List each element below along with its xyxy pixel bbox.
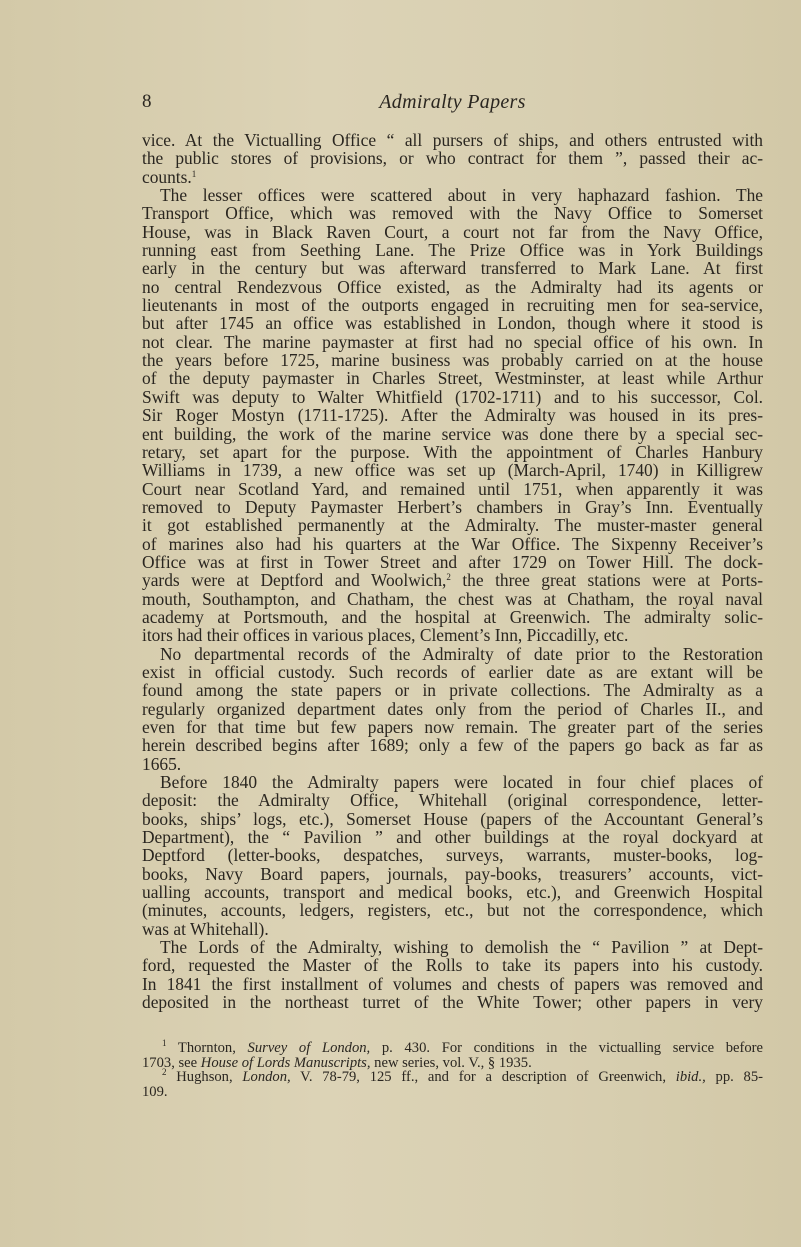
text-line: deposited in the northeast turret of the… bbox=[142, 993, 763, 1011]
text-line: the years before 1725, marine business w… bbox=[142, 351, 763, 369]
text-line: no central Rendezvous Office existed, as… bbox=[142, 278, 763, 296]
body-text: vice. At the Victualling Office “ all pu… bbox=[142, 131, 763, 1012]
text-line: The Lords of the Admiralty, wishing to d… bbox=[142, 938, 763, 956]
text-line: Office was at first in Tower Street and … bbox=[142, 553, 763, 571]
text-line: of marines also had his quarters at the … bbox=[142, 535, 763, 553]
text-line: Deptford (letter-books, despatches, surv… bbox=[142, 846, 763, 864]
text-line: retary, set apart for the purpose. With … bbox=[142, 443, 763, 461]
text-line: itors had their offices in various place… bbox=[142, 626, 763, 644]
text-line: Before 1840 the Admiralty papers were lo… bbox=[142, 773, 763, 791]
text-line: removed to Deputy Paymaster Herbert’s ch… bbox=[142, 498, 763, 516]
cited-title: London, bbox=[242, 1069, 290, 1085]
footnotes: 1 Thornton, Survey of London, p. 430. Fo… bbox=[142, 1041, 763, 1100]
text-line: books, Navy Board papers, journals, pay-… bbox=[142, 865, 763, 883]
text-line: found among the state papers or in priva… bbox=[142, 681, 763, 699]
text-line: academy at Portsmouth, and the hospital … bbox=[142, 608, 763, 626]
text-line: was at Whitehall). bbox=[142, 920, 763, 938]
ibid-abbrev: ibid., bbox=[676, 1069, 706, 1085]
text-line: running east from Seething Lane. The Pri… bbox=[142, 241, 763, 259]
text-line: Court near Scotland Yard, and remained u… bbox=[142, 480, 763, 498]
text-line: early in the century but was afterward t… bbox=[142, 259, 763, 277]
text-line: vice. At the Victualling Office “ all pu… bbox=[142, 131, 763, 149]
text-line: The lesser offices were scattered about … bbox=[142, 186, 763, 204]
text-line: 1665. bbox=[142, 755, 763, 773]
text-line: (minutes, accounts, ledgers, registers, … bbox=[142, 901, 763, 919]
footnote-1-line-1: 1 Thornton, Survey of London, p. 430. Fo… bbox=[142, 1041, 763, 1056]
text-line: Department), the “ Pavilion ” and other … bbox=[142, 828, 763, 846]
text-line: counts.1 bbox=[142, 168, 763, 186]
text-line: mouth, Southampton, and Chatham, the che… bbox=[142, 590, 763, 608]
text-line: Transport Office, which was removed with… bbox=[142, 204, 763, 222]
text-line: Sir Roger Mostyn (1711-1725). After the … bbox=[142, 406, 763, 424]
cited-title: Survey of London, bbox=[248, 1040, 371, 1056]
text-line: lieutenants in most of the outports enga… bbox=[142, 296, 763, 314]
text-line: deposit: the Admiralty Office, Whitehall… bbox=[142, 791, 763, 809]
footnote-2-line-1: 2 Hughson, London, V. 78-79, 125 ff., an… bbox=[142, 1070, 763, 1085]
text-line: ualling accounts, transport and medical … bbox=[142, 883, 763, 901]
running-head: 8 Admiralty Papers bbox=[142, 88, 763, 116]
text-line: but after 1745 an office was established… bbox=[142, 314, 763, 332]
running-title: Admiralty Papers bbox=[142, 88, 763, 116]
text-line: In 1841 the first installment of volumes… bbox=[142, 975, 763, 993]
text-line: not clear. The marine paymaster at first… bbox=[142, 333, 763, 351]
text-line: it got established permanently at the Ad… bbox=[142, 516, 763, 534]
text-line: exist in official custody. Such records … bbox=[142, 663, 763, 681]
text-line: books, ships’ logs, etc.), Somerset Hous… bbox=[142, 810, 763, 828]
text-line: ent building, the work of the marine ser… bbox=[142, 425, 763, 443]
text-line: herein described begins after 1689; only… bbox=[142, 736, 763, 754]
text-line: yards were at Deptford and Woolwich,2 th… bbox=[142, 571, 763, 589]
text-line: even for that time but few papers now re… bbox=[142, 718, 763, 736]
text-line: of the deputy paymaster in Charles Stree… bbox=[142, 369, 763, 387]
text-line: ford, requested the Master of the Rolls … bbox=[142, 956, 763, 974]
text-line: the public stores of provisions, or who … bbox=[142, 149, 763, 167]
text-line: regularly organized department dates onl… bbox=[142, 700, 763, 718]
footnote-2-line-2: 109. bbox=[142, 1085, 763, 1100]
text-line: Swift was deputy to Walter Whitfield (17… bbox=[142, 388, 763, 406]
text-line: Williams in 1739, a new office was set u… bbox=[142, 461, 763, 479]
text-line: House, was in Black Raven Court, a court… bbox=[142, 223, 763, 241]
footnote-reference: 1 bbox=[192, 169, 197, 179]
text-line: No departmental records of the Admiralty… bbox=[142, 645, 763, 663]
